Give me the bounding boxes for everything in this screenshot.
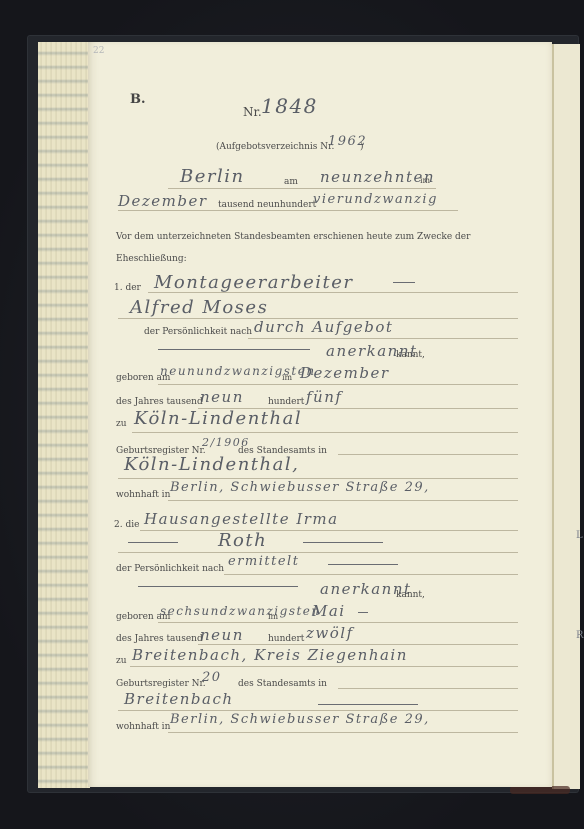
groom-year-tail: fünf [306,388,342,406]
groom-residence: Berlin, Schwiebusser Straße 29, [170,480,430,495]
bride-year-hundreds: neun [200,626,244,644]
groom-occupation: Montageerarbeiter [154,272,354,293]
bride-occupation: Hausangestellte Irma [144,510,339,528]
next-page-edge: L R [552,44,580,789]
place: Berlin [180,166,245,187]
groom-registry-office: Köln-Lindenthal, [124,454,299,475]
groom-birth-day: neunundzwanzigsten [160,364,316,378]
groom-identity: durch Aufgebot [254,318,393,336]
groom-year-hundreds: neun [200,388,244,406]
bride-birthplace: Breitenbach, Kreis Ziegenhain [132,646,408,664]
bride-year-tail: zwölf [306,624,354,642]
bride-birth-register: 20 [202,670,222,685]
day: neunzehnten [320,168,435,186]
groom-birth-month: Dezember [300,364,390,382]
next-page-mark: R [576,630,584,641]
bride-residence: Berlin, Schwiebusser Straße 29, [170,712,430,727]
bride-identity: ermittelt [228,554,299,569]
page-corner-number: 22 [93,46,104,56]
bride-name: Roth [218,530,267,551]
section-letter: B. [130,92,146,107]
entry-number-value: 1848 [261,94,318,118]
groom-name: Alfred Moses [130,297,268,318]
bride-registry-office: Breitenbach [124,690,234,708]
month: Dezember [118,192,208,210]
intro-text: Vor dem unterzeichneten Standesbeamten e… [116,232,470,242]
bride-birth-day: sechsundzwanzigsten [160,604,321,618]
register-page: B. Nr. 1848 (Aufgebotsverzeichnis Nr. 19… [88,42,552,787]
year-suffix: vierundzwanzig [313,192,438,207]
bride-birth-month: Mai [312,602,346,620]
intro-text: Eheschließung: [116,254,187,264]
next-page-mark: L [576,530,583,541]
groom-birthplace: Köln-Lindenthal [134,408,302,429]
page-edges [38,42,90,788]
stain [510,786,570,794]
